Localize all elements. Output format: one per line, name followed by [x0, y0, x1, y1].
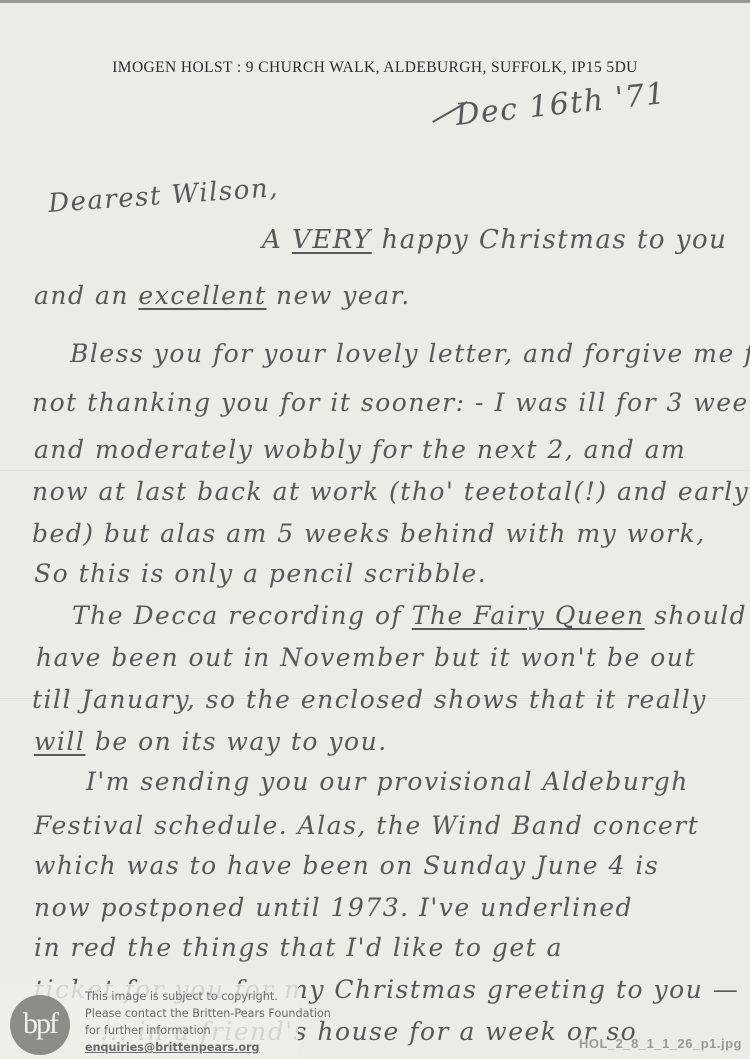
letter-date: Dec 16th '71 [454, 76, 668, 133]
letterhead: IMOGEN HOLST : 9 CHURCH WALK, ALDEBURGH,… [0, 59, 750, 77]
letter-line: and moderately wobbly for the next 2, an… [34, 435, 686, 464]
letter-line: now postponed until 1973. I've underline… [34, 893, 633, 922]
underlined-word: will [34, 727, 85, 756]
underlined-word: The Fairy Queen [412, 601, 645, 630]
copyright-info: for further information [85, 1024, 211, 1037]
letter-line: The Decca recording of The Fairy Queen s… [72, 601, 747, 630]
contact-email-link[interactable]: enquiries@brittenpears.org [85, 1041, 260, 1054]
letter-line: in red the things that I'd like to get a [34, 933, 563, 962]
letter-line: I'm sending you our provisional Aldeburg… [86, 767, 689, 796]
letter-page: IMOGEN HOLST : 9 CHURCH WALK, ALDEBURGH,… [0, 0, 750, 1059]
image-filename: HOL_2_8_1_1_26_p1.jpg [579, 1036, 742, 1051]
letter-line: have been out in November but it won't b… [36, 643, 696, 672]
letter-line: A VERY happy Christmas to you [262, 225, 727, 255]
paper-fold [0, 470, 750, 471]
letter-line: now at last back at work (tho' teetotal(… [32, 477, 749, 506]
letter-line: not thanking you for it sooner: - I was … [32, 388, 750, 417]
letter-line: will be on its way to you. [34, 727, 388, 756]
underlined-word: excellent [138, 281, 266, 310]
letter-line: and an excellent new year. [34, 281, 411, 310]
letter-line: bed) but alas am 5 weeks behind with my … [32, 519, 706, 548]
copyright-notice: This image is subject to copyright. [85, 990, 278, 1003]
salutation: Dearest Wilson, [47, 173, 280, 219]
letter-line: So this is only a pencil scribble. [34, 559, 487, 588]
copyright-contact: Please contact the Britten-Pears Foundat… [85, 1007, 331, 1020]
underlined-word: VERY [292, 225, 372, 255]
letter-line: which was to have been on Sunday June 4 … [34, 851, 659, 880]
letter-line: Festival schedule. Alas, the Wind Band c… [34, 811, 699, 840]
letter-line: till January, so the enclosed shows that… [32, 685, 707, 714]
bpf-logo: bpf [10, 995, 70, 1055]
letter-line: Bless you for your lovely letter, and fo… [70, 339, 750, 368]
